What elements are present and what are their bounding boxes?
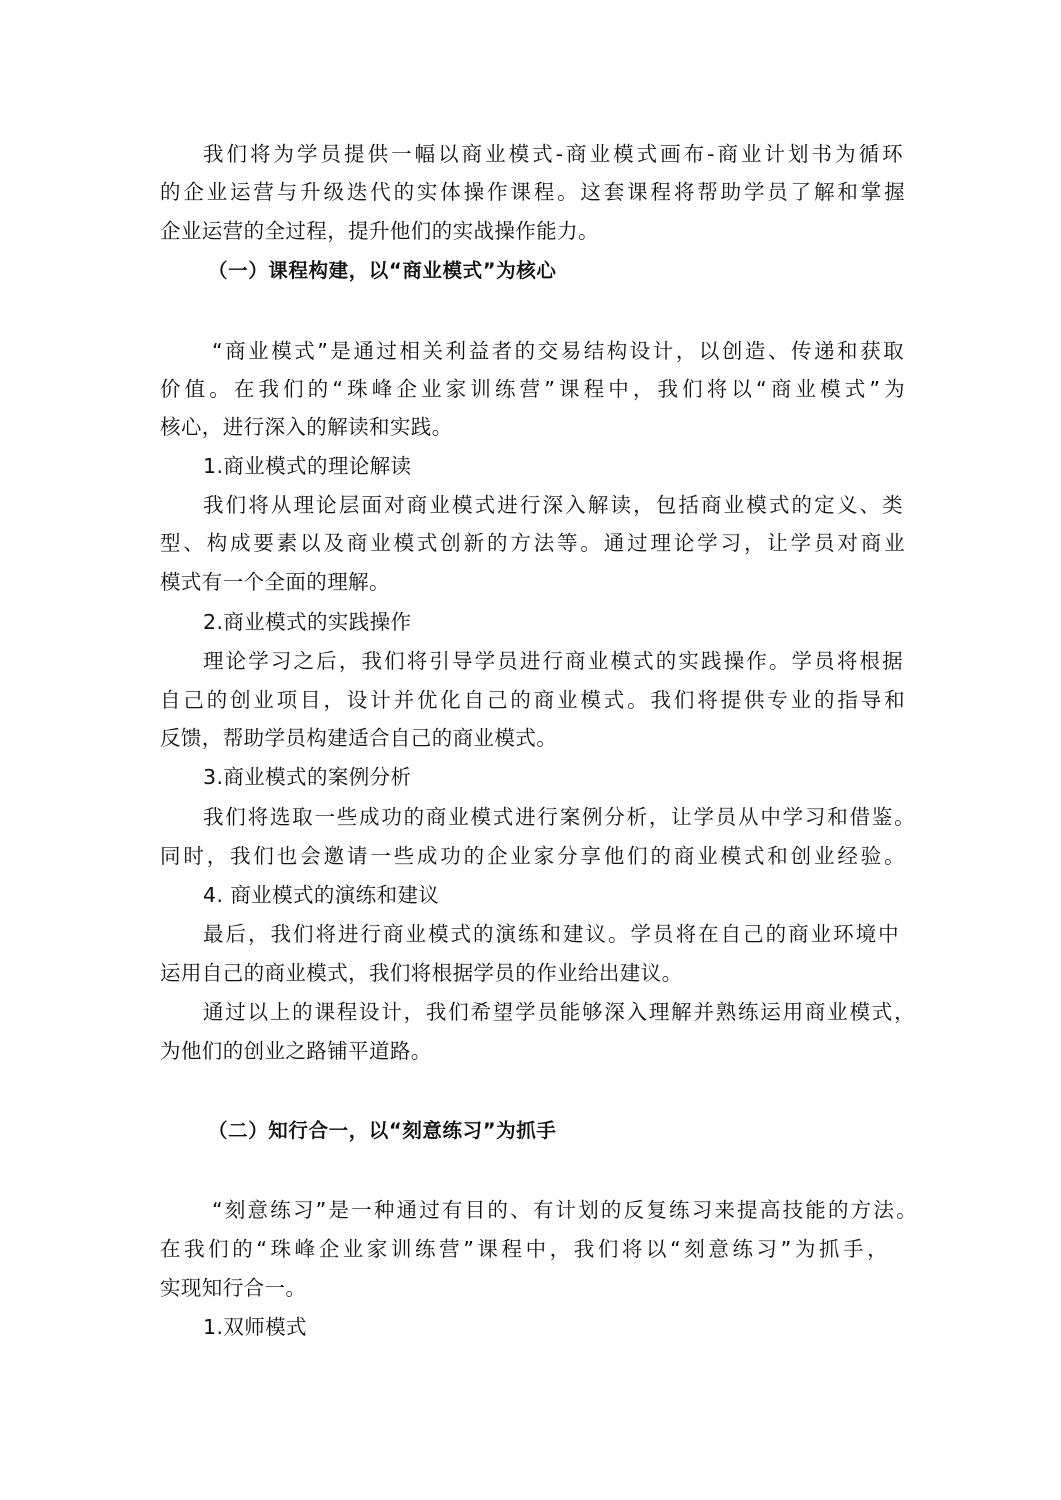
section2-intro-line-2: 在我们的“珠峰企业家训练营”课程中，我们将以“刻意练习”为抓手， (160, 1234, 888, 1264)
section1-intro-line-3: 核心，进行深入的解读和实践。 (160, 412, 905, 442)
section1-intro-line-2: 价值。在我们的“珠峰企业家训练营”课程中，我们将以“商业模式”为 (160, 374, 905, 404)
section-heading-2: （二）知行合一，以“刻意练习”为抓手 (208, 1116, 556, 1146)
conclusion-line-2: 为他们的创业之路铺平道路。 (160, 1036, 905, 1066)
item3-line-1: 我们将选取一些成功的商业模式进行案例分析，让学员从中学习和借鉴。 (203, 802, 915, 832)
item-title-2: 2.商业模式的实践操作 (203, 607, 948, 637)
item4-line-1: 最后，我们将进行商业模式的演练和建议。学员将在自己的商业环境中 (203, 919, 899, 949)
intro-line-3: 企业运营的全过程，提升他们的实战操作能力。 (160, 216, 905, 246)
item2-line-1: 理论学习之后，我们将引导学员进行商业模式的实践操作。学员将根据 (203, 646, 903, 676)
item1-line-2: 型、构成要素以及商业模式创新的方法等。通过理论学习，让学员对商业 (160, 528, 905, 558)
section1-intro-line-1: “商业模式”是通过相关利益者的交易结构设计，以创造、传递和获取 (212, 336, 904, 366)
section2-intro-line-1: “刻意练习”是一种通过有目的、有计划的反复练习来提高技能的方法。 (212, 1195, 917, 1225)
item3-line-2: 同时，我们也会邀请一些成功的企业家分享他们的商业模式和创业经验。 (160, 841, 905, 871)
intro-line-1: 我们将为学员提供一幅以商业模式-商业模式画布-商业计划书为循环 (203, 139, 903, 169)
item1-line-3: 模式有一个全面的理解。 (160, 567, 905, 597)
document-page: 我们将为学员提供一幅以商业模式-商业模式画布-商业计划书为循环 的企业运营与升级… (0, 0, 1061, 1500)
section2-intro-line-3: 实现知行合一。 (160, 1273, 905, 1303)
item-title-3: 3.商业模式的案例分析 (203, 762, 948, 792)
item2-line-3: 反馈，帮助学员构建适合自己的商业模式。 (160, 723, 905, 753)
item-title-4: 4. 商业模式的演练和建议 (203, 880, 948, 910)
item-title-1: 1.商业模式的理论解读 (203, 451, 948, 481)
conclusion-line-1: 通过以上的课程设计，我们希望学员能够深入理解并熟练运用商业模式， (203, 997, 915, 1027)
section2-item-title-1: 1.双师模式 (203, 1312, 948, 1342)
item2-line-2: 自己的创业项目，设计并优化自己的商业模式。我们将提供专业的指导和 (160, 685, 905, 715)
intro-line-2: 的企业运营与升级迭代的实体操作课程。这套课程将帮助学员了解和掌握 (160, 177, 905, 207)
item1-line-1: 我们将从理论层面对商业模式进行深入解读，包括商业模式的定义、类 (203, 490, 903, 520)
section-heading-1: （一）课程构建，以“商业模式”为核心 (208, 256, 556, 286)
item4-line-2: 运用自己的商业模式，我们将根据学员的作业给出建议。 (160, 958, 905, 988)
